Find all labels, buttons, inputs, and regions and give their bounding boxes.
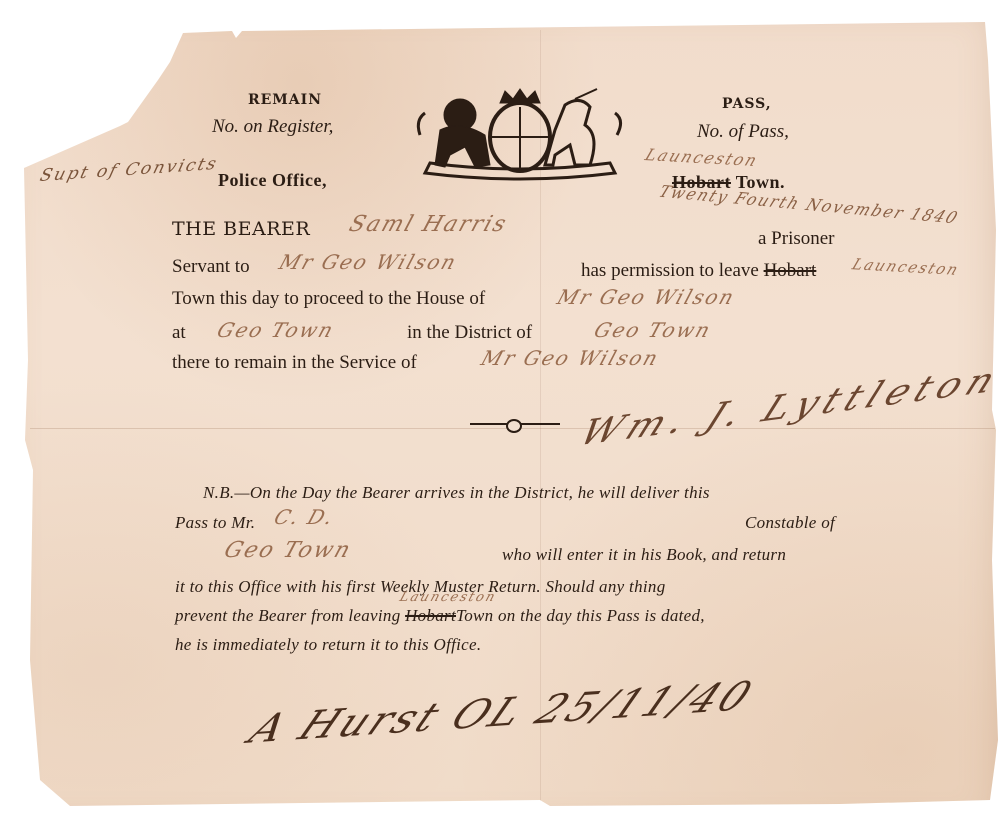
launceston-correction-2-handwritten: Launceston	[398, 590, 499, 605]
service-of-handwritten: Mr Geo Wilson	[478, 346, 663, 370]
permission-text: has permission to leave	[581, 260, 759, 281]
pass-heading: PASS,	[722, 96, 772, 112]
remain-heading: REMAIN	[248, 92, 322, 108]
nb-line-5: prevent the Bearer from leaving HobartTo…	[175, 606, 705, 626]
district-label: in the District of	[407, 322, 532, 344]
bearer-label: THE BEARER	[172, 218, 310, 240]
constable-place-handwritten: Geo Town	[221, 538, 355, 563]
constable-name-handwritten: C. D.	[271, 505, 338, 529]
house-of-label: Town this day to proceed to the House of	[172, 288, 485, 310]
prisoner-label: a Prisoner	[758, 228, 835, 250]
nb-line-5-suffix: Town on the day this Pass is dated,	[456, 606, 705, 625]
nb-line-1: N.B.—On the Day the Bearer arrives in th…	[203, 483, 710, 503]
district-handwritten: Geo Town	[591, 318, 715, 342]
nb-line-3: who will enter it in his Book, and retur…	[502, 545, 786, 565]
hobart-struck: Hobart	[405, 606, 456, 625]
house-of-handwritten: Mr Geo Wilson	[554, 285, 739, 309]
at-label: at	[172, 322, 186, 344]
nb-line-6: he is immediately to return it to this O…	[175, 635, 481, 655]
service-of-label: there to remain in the Service of	[172, 352, 417, 374]
servant-to-handwritten: Mr Geo Wilson	[276, 250, 461, 274]
servant-to-label: Servant to	[172, 256, 250, 278]
constable-of-label: Constable of	[745, 513, 835, 533]
at-place-handwritten: Geo Town	[214, 318, 338, 342]
pass-number-label: No. of Pass,	[697, 121, 789, 143]
hobart-struck: Hobart	[764, 260, 817, 281]
ornamental-rule	[470, 423, 560, 425]
bearer-name-handwritten: Saml Harris	[346, 212, 511, 237]
police-office-label: Police Office,	[218, 170, 327, 191]
nb-line-5-prefix: prevent the Bearer from leaving	[175, 606, 401, 625]
register-number-label: No. on Register,	[212, 116, 333, 138]
pass-to-label: Pass to Mr.	[175, 513, 255, 533]
permission-label: has permission to leave Hobart	[581, 260, 816, 282]
royal-crest-icon	[405, 85, 635, 185]
